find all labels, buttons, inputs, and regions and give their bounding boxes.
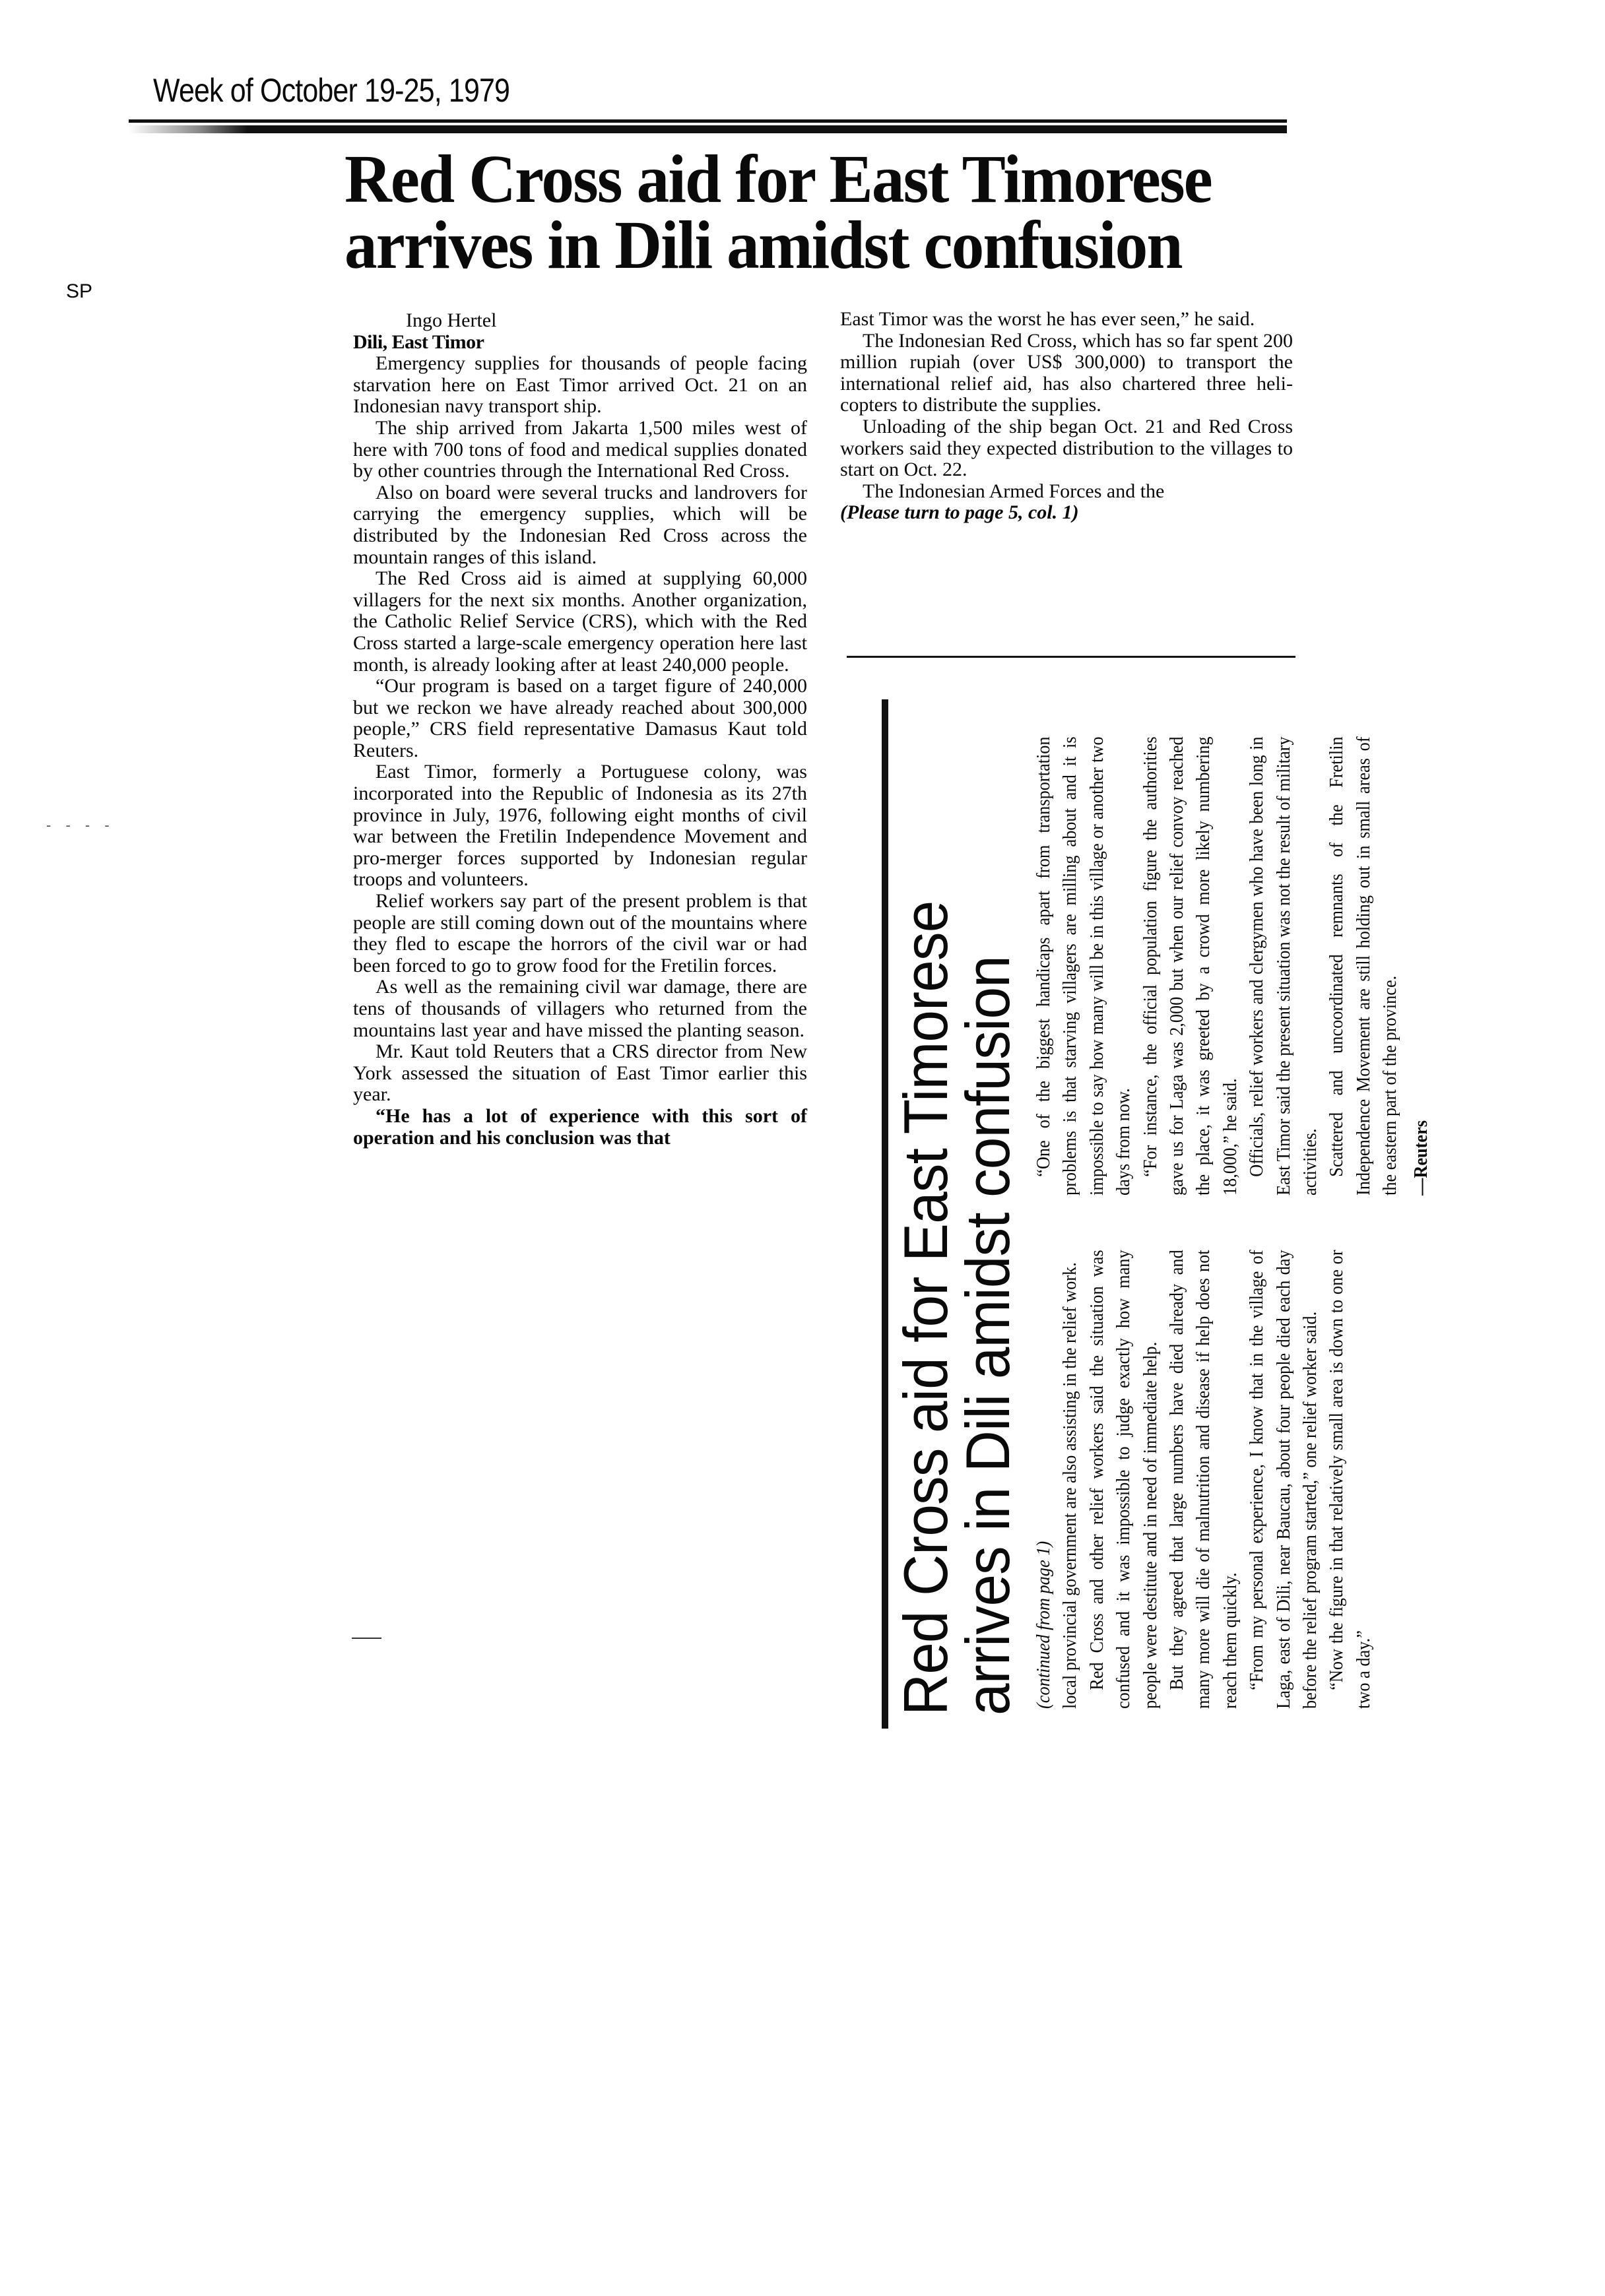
headline-line-2: arrives in Dili amidst confusion: [344, 212, 1252, 278]
paragraph: Unloading of the ship began Oct. 21 and …: [840, 416, 1293, 481]
article-location: Dili, East Timor: [353, 332, 807, 354]
jump-line: (Please turn to page 5, col. 1): [840, 502, 1293, 524]
paragraph: “For instance, the official population f…: [1138, 736, 1245, 1196]
column-end-mark: [352, 1638, 381, 1639]
header-rule-thin: [129, 119, 1287, 123]
continued-note: (continued from page 1): [1031, 1250, 1057, 1709]
paragraph: The Indonesian Armed Forces and the: [840, 481, 1293, 503]
continuation-headline-line-2: arrives in Dili amidst confusion: [957, 956, 1019, 1715]
paragraph: “Now the figure in that relatively small…: [1324, 1250, 1377, 1709]
paragraph: Officials, relief workers and clergymen …: [1244, 736, 1324, 1196]
article-left-column: Ingo Hertel Dili, East Timor Emergency s…: [353, 310, 807, 1149]
header-rule-thick: [129, 125, 1287, 133]
paragraph: Relief workers say part of the present p…: [353, 891, 807, 976]
continuation-rule: [882, 699, 888, 1729]
paragraph: Emergency supplies for thousands of peop…: [353, 353, 807, 418]
continuation-column-b: “One of the biggest handicaps apart from…: [1031, 736, 1435, 1196]
paragraph: Red Cross and other relief workers said …: [1084, 1250, 1164, 1709]
paragraph: The ship arrived from Jakarta 1,500 mile…: [353, 418, 807, 482]
publication-dateline: Week of October 19-25, 1979: [153, 71, 509, 110]
header-rule-fade: [129, 125, 247, 133]
paragraph: East Timor was the worst he has ever see…: [840, 309, 1293, 331]
wire-credit: —Reuters: [1404, 736, 1435, 1196]
margin-code: SP: [66, 280, 92, 303]
continuation-clipping: Red Cross aid for East Timorese arrives …: [858, 699, 1551, 1729]
paragraph: As well as the remaining civil war dam­a…: [353, 976, 807, 1041]
article-right-column: East Timor was the worst he has ever see…: [840, 309, 1293, 524]
byline: Ingo Hertel: [353, 310, 807, 332]
paragraph: The Indonesian Red Cross, which has so f…: [840, 331, 1293, 416]
right-column-rule: [847, 656, 1295, 658]
paragraph: Mr. Kaut told Reuters that a CRS dir­ect…: [353, 1041, 807, 1106]
paragraph: The Red Cross aid is aimed at supplying …: [353, 568, 807, 676]
paragraph: East Timor, formerly a Portuguese col­on…: [353, 761, 807, 891]
paragraph: “One of the biggest handicaps apart from…: [1031, 736, 1138, 1196]
headline-line-1: Red Cross aid for East Timorese: [344, 146, 1252, 212]
paragraph: Scattered and uncoordinated remnants of …: [1324, 736, 1404, 1196]
paragraph: “He has a lot of experience with this so…: [353, 1106, 807, 1149]
paragraph: “From my personal experience, I know tha…: [1244, 1250, 1324, 1709]
paragraph: “Our program is based on a target figure…: [353, 676, 807, 761]
margin-marks: - - - -: [46, 817, 115, 834]
paragraph: local provincial government are also ass…: [1057, 1250, 1084, 1709]
continuation-headline-line-1: Red Cross aid for East Timorese: [895, 901, 957, 1715]
paragraph: But they agreed that large numbers have …: [1164, 1250, 1244, 1709]
paragraph: Also on board were several trucks and la…: [353, 482, 807, 568]
continuation-column-a: (continued from page 1) local provincial…: [1031, 1250, 1377, 1709]
